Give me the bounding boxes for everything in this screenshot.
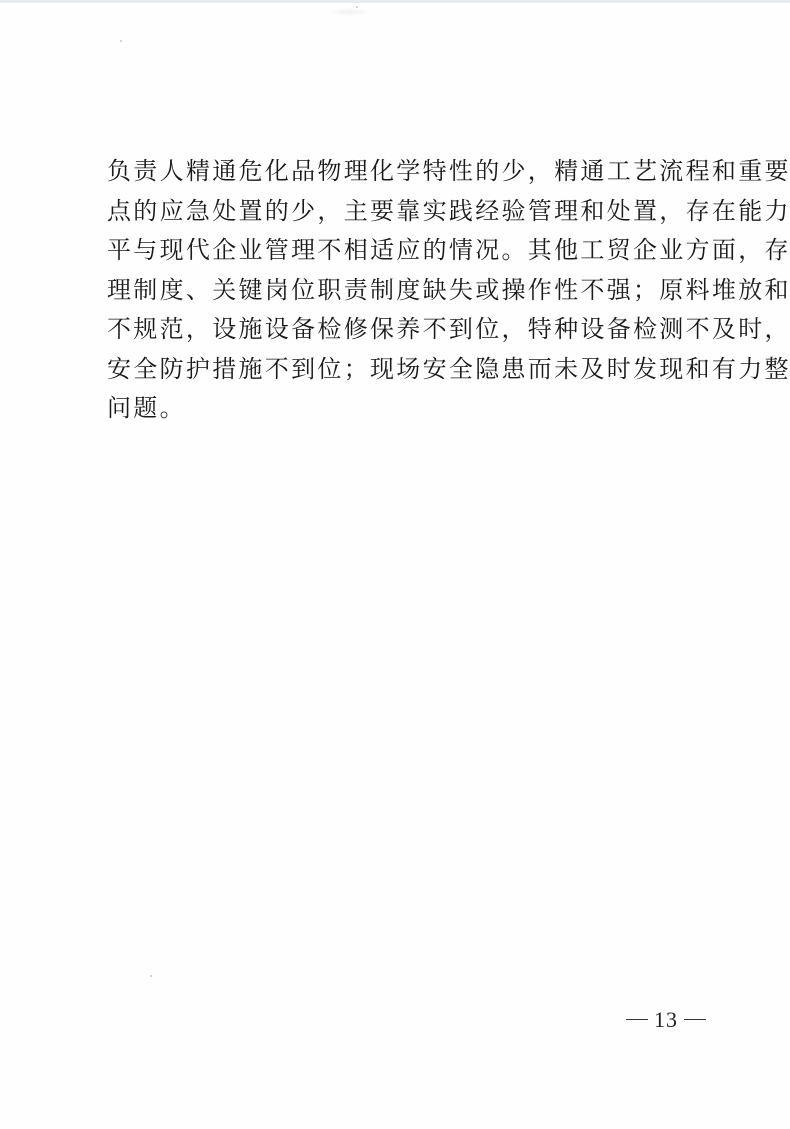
scan-artifact: [330, 8, 370, 16]
dash-left: [626, 1019, 648, 1020]
text-line: 平与现代企业管理不相适应的情况。其他工贸企业方面，存在管: [107, 231, 697, 271]
text-line: 安全防护措施不到位；现场安全隐患而未及时发现和有力整治等: [107, 350, 697, 390]
text-line: 问题。: [107, 389, 697, 429]
text-line: 不规范，设施设备检修保养不到位，特种设备检测不及时，车间: [107, 310, 697, 350]
page-number: 13: [620, 1007, 712, 1033]
text-line: 理制度、关键岗位职责制度缺失或操作性不强；原料堆放和装卸: [107, 271, 697, 311]
page-number-value: 13: [654, 1007, 678, 1032]
body-paragraph: 负责人精通危化品物理化学特性的少，精通工艺流程和重要风险 点的应急处置的少，主要…: [107, 152, 697, 429]
dash-right: [684, 1019, 706, 1020]
text-line: 点的应急处置的少，主要靠实践经验管理和处置，存在能力和水: [107, 192, 697, 232]
scan-speck: [120, 40, 122, 42]
document-page: 负责人精通危化品物理化学特性的少，精通工艺流程和重要风险 点的应急处置的少，主要…: [0, 0, 790, 1129]
text-line: 负责人精通危化品物理化学特性的少，精通工艺流程和重要风险: [107, 152, 697, 192]
scan-speck: [150, 975, 152, 977]
scan-top-edge: [0, 0, 790, 3]
scan-speck: [356, 6, 358, 8]
